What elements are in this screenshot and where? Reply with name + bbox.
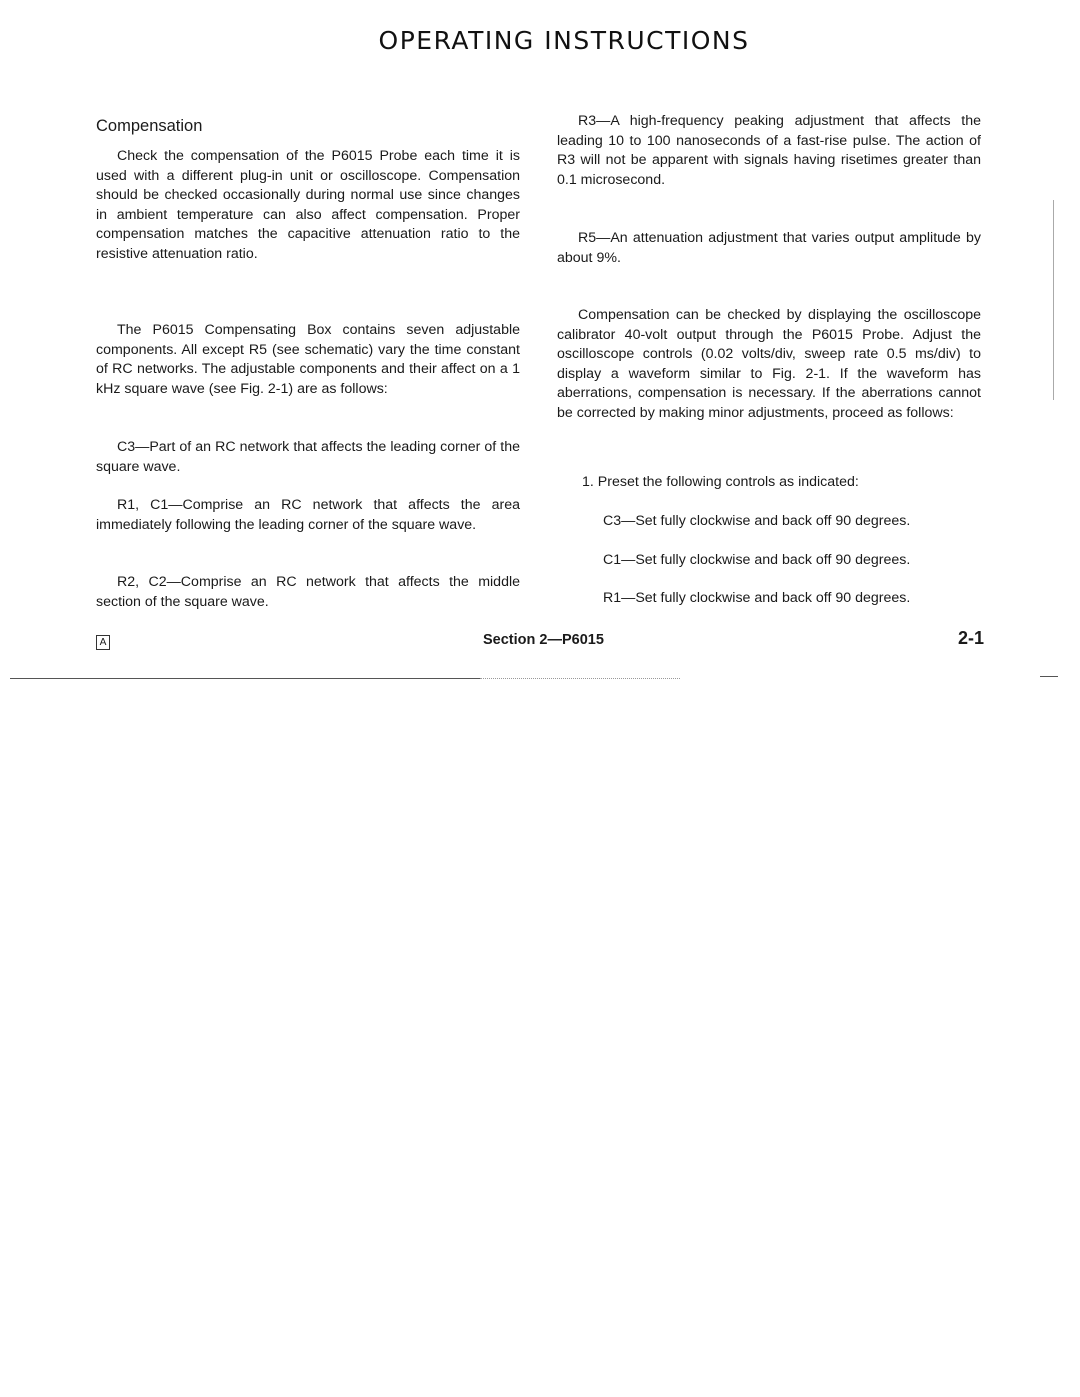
footer-section-label: Section 2—P6015 — [483, 632, 604, 648]
preset-c3: C3—Set fully clockwise and back off 90 d… — [603, 512, 910, 532]
paragraph-r1-c1: R1, C1—Comprise an RC network that affec… — [96, 496, 520, 535]
paragraph-compensating-box: The P6015 Compensating Box contains seve… — [96, 321, 520, 399]
page-number: 2-1 — [958, 628, 984, 649]
paragraph-r2-c2: R2, C2—Comprise an RC network that affec… — [96, 573, 520, 612]
paragraph-r3: R3—A high-frequency peaking adjustment t… — [557, 112, 981, 190]
preset-c1: C1—Set fully clockwise and back off 90 d… — [603, 551, 910, 571]
paragraph-r5: R5—An attenuation adjustment that varies… — [557, 229, 981, 268]
page-title: OPERATING INSTRUCTIONS — [0, 26, 1080, 55]
footer-divider-faint — [480, 678, 680, 680]
paragraph-compensation-intro: Check the compensation of the P6015 Prob… — [96, 147, 520, 265]
footer-divider — [10, 678, 480, 679]
paragraph-compensation-check: Compensation can be checked by displayin… — [557, 306, 981, 424]
section-heading-compensation: Compensation — [96, 117, 202, 137]
footer-divider-right — [1040, 676, 1058, 677]
scan-edge-artifact — [1053, 200, 1054, 400]
revision-mark: A — [96, 635, 110, 650]
paragraph-c3: C3—Part of an RC network that affects th… — [96, 438, 520, 477]
step-1-preset: 1. Preset the following controls as indi… — [582, 473, 859, 493]
preset-r1: R1—Set fully clockwise and back off 90 d… — [603, 589, 910, 609]
